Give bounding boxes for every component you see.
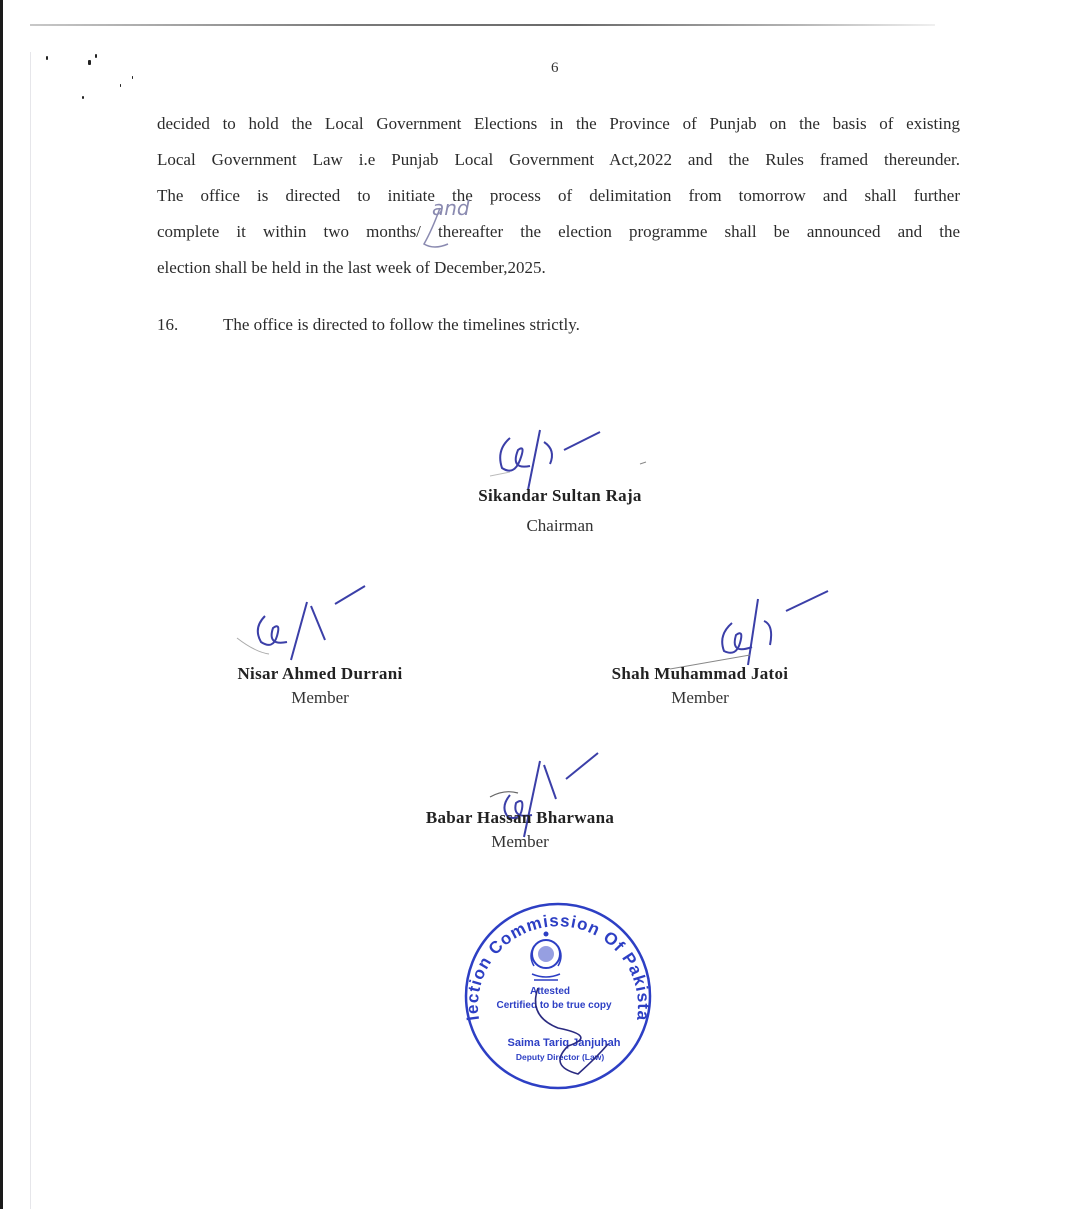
item-text: The office is directed to follow the tim… (223, 315, 580, 334)
signatory-title: Member (200, 688, 440, 708)
top-rule-divider (30, 24, 935, 26)
paragraph-line: election shall be held in the last week … (157, 250, 960, 286)
signatory-member-2: Shah Muhammad Jatoi Member (580, 664, 820, 708)
signatory-member-1: Nisar Ahmed Durrani Member (200, 664, 440, 708)
paragraph-line: decided to hold the Local Government Ele… (157, 106, 960, 142)
stamp-officer-name: Saima Tariq Janjuhah (508, 1037, 621, 1049)
paragraph-line: The office is directed to initiate the p… (157, 178, 960, 214)
emblem-icon (531, 932, 561, 981)
signatory-name: Babar Hassan Bharwana (400, 808, 640, 828)
signatory-name: Nisar Ahmed Durrani (200, 664, 440, 684)
stamp-certified: Certified to be true copy (496, 1000, 611, 1011)
signatory-title: Member (580, 688, 820, 708)
scan-specks (40, 50, 150, 110)
paragraph-line: Local Government Law i.e Punjab Local Go… (157, 142, 960, 178)
item-number: 16. (157, 315, 219, 335)
signatory-title: Member (400, 832, 640, 852)
signatory-title: Chairman (420, 516, 700, 536)
signatory-chairman: Sikandar Sultan Raja Chairman (420, 486, 700, 536)
page-frame (30, 52, 31, 1209)
signatory-name: Shah Muhammad Jatoi (580, 664, 820, 684)
item-16: 16. The office is directed to follow the… (157, 315, 580, 335)
paragraph-line: complete it within two months/ thereafte… (157, 214, 960, 250)
page-number: 6 (551, 60, 559, 77)
scan-left-edge (0, 0, 3, 1209)
signatory-name: Sikandar Sultan Raja (420, 486, 700, 506)
signatory-member-3: Babar Hassan Bharwana Member (400, 808, 640, 852)
body-paragraph: decided to hold the Local Government Ele… (157, 106, 960, 286)
official-stamp: Election Commission Of Pakistan Attested… (458, 896, 658, 1096)
handwritten-insert: and (432, 196, 470, 220)
